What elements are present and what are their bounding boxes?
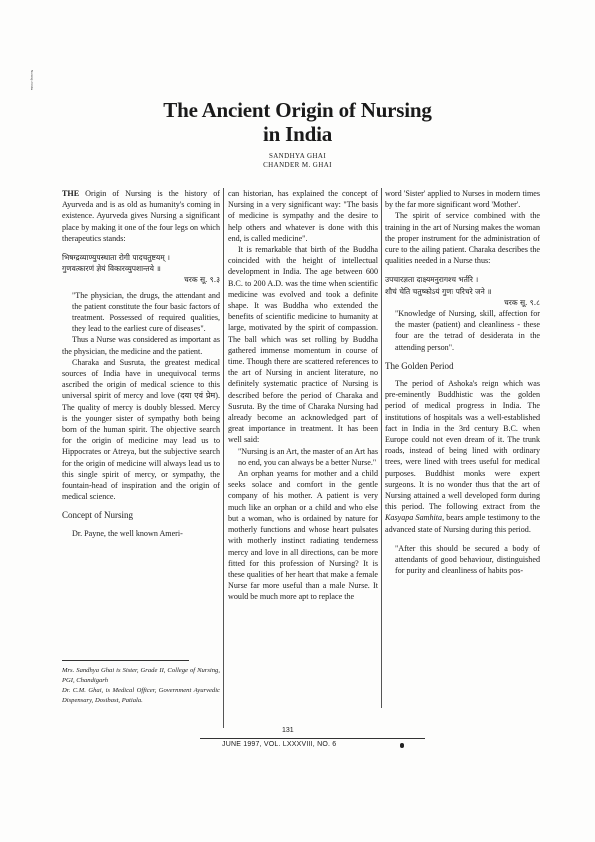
intro-paragraph: THE Origin of Nursing is the history of …: [62, 188, 220, 244]
column-3: word 'Sister' applied to Nurses in moder…: [385, 188, 540, 577]
page-number: 131: [282, 727, 294, 734]
body-paragraph: can historian, has explained the concept…: [228, 188, 378, 244]
footnote-line: Mrs. Sandhya Ghai is Sister, Grade II, C…: [62, 666, 220, 686]
author-list: SANDHYA GHAI CHANDER M. GHAI: [0, 152, 595, 170]
verse-translation: "Knowledge of Nursing, skill, affection …: [385, 308, 540, 353]
sanskrit-verse-line: उपचारज्ञता दाक्ष्यमनुरागश्च भर्तरि ।: [385, 274, 540, 285]
body-paragraph: An orphan yearns for mother and a child …: [228, 468, 378, 602]
author-2: CHANDER M. GHAI: [0, 161, 595, 170]
column-divider: [381, 188, 382, 708]
body-paragraph: Charaka and Susruta, the greatest medica…: [62, 357, 220, 503]
section-heading-concept: Concept of Nursing: [62, 510, 220, 521]
body-paragraph: It is remarkable that birth of the Buddh…: [228, 244, 378, 446]
verse-translation: "The physician, the drugs, the attendant…: [62, 290, 220, 335]
column-2: can historian, has explained the concept…: [228, 188, 378, 603]
author-footnote: Mrs. Sandhya Ghai is Sister, Grade II, C…: [62, 666, 220, 706]
column-divider: [223, 188, 224, 728]
sanskrit-verse-line: भिषग्द्रव्याण्युपस्थाता रोगी पादचतुष्टयम…: [62, 252, 220, 263]
drop-cap: THE: [62, 189, 79, 198]
book-title: Kasyapa Samhita: [385, 513, 442, 522]
body-paragraph: Thus a Nurse was considered as important…: [62, 334, 220, 356]
section-heading-golden-period: The Golden Period: [385, 361, 540, 372]
print-mark-icon: [400, 743, 404, 748]
title-line-1: The Ancient Origin of Nursing: [0, 98, 595, 122]
body-paragraph: Dr. Payne, the well known Ameri-: [62, 528, 220, 539]
footnote-line: Dr. C.M. Ghai, is Medical Officer, Gover…: [62, 686, 220, 706]
block-quote: "After this should be secured a body of …: [385, 543, 540, 577]
column-1: THE Origin of Nursing is the history of …: [62, 188, 220, 539]
verse-citation: चरक सू. ९.३: [62, 274, 220, 285]
verse-citation: चरक सू. ९.८: [385, 297, 540, 308]
block-quote: "Nursing is an Art, the master of an Art…: [228, 446, 378, 468]
article-title: The Ancient Origin of Nursing in India: [0, 98, 595, 146]
footer-rule: [200, 738, 425, 739]
body-paragraph: The spirit of service combined with the …: [385, 210, 540, 266]
sanskrit-verse-line: गुणवत्कारणं ज्ञेयं विकारव्युपशान्तये ॥: [62, 263, 220, 274]
title-line-2: in India: [0, 122, 595, 146]
journal-issue: JUNE 1997, VOL. LXXXVIII, NO. 6: [222, 741, 336, 748]
author-1: SANDHYA GHAI: [0, 152, 595, 161]
body-paragraph: word 'Sister' applied to Nurses in moder…: [385, 188, 540, 210]
body-paragraph: The period of Ashoka's reign which was p…: [385, 378, 540, 535]
footnote-rule: [62, 660, 189, 661]
sanskrit-verse-line: शौचं चेति चतुष्कोऽयं गुणः परिचरे जने ॥: [385, 286, 540, 297]
